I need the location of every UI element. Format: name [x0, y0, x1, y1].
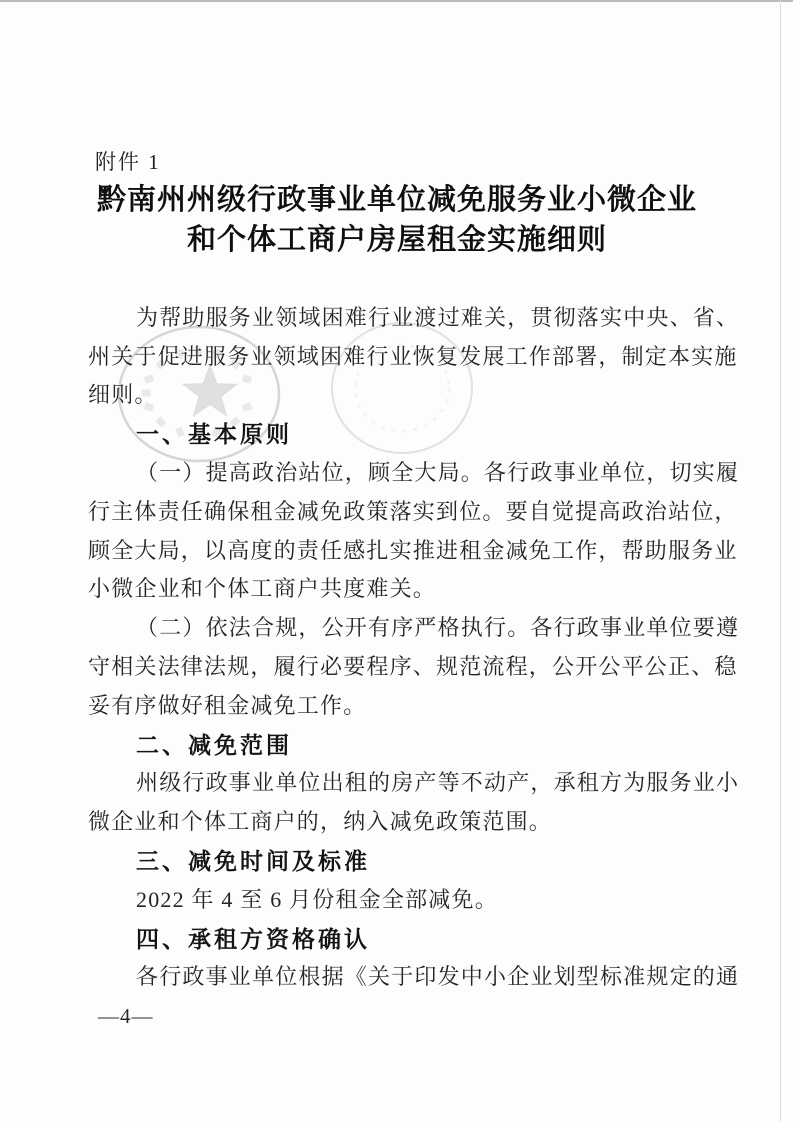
body-line: 小微企业和个体工商户共度难关。: [88, 569, 713, 608]
document-title: 黔南州州级行政事业单位减免服务业小微企业 和个体工商户房屋租金实施细则: [84, 180, 710, 260]
section-heading: 二、减免范围: [88, 724, 713, 763]
document-page: 附件 1 黔南州州级行政事业单位减免服务业小微企业 和个体工商户房屋租金实施细则…: [0, 0, 793, 1121]
scan-artifact-top-edge: [0, 0, 793, 2]
body-line: （二）依法合规，公开有序严格执行。各行政事业单位要遵: [88, 607, 713, 646]
body-line: 各行政事业单位根据《关于印发中小企业划型标准规定的通: [88, 957, 713, 996]
body-line: （一）提高政治站位，顾全大局。各行政事业单位，切实履: [88, 452, 713, 491]
body-line: 微企业和个体工商户的，纳入减免政策范围。: [88, 801, 713, 840]
body-line: 顾全大局，以高度的责任感扎实推进租金减免工作，帮助服务业: [88, 530, 713, 569]
body-line: 州关于促进服务业领域困难行业恢复发展工作部署，制定本实施: [88, 336, 713, 375]
section-heading: 三、减免时间及标准: [88, 840, 713, 879]
body-line: 守相关法律法规，履行必要程序、规范流程，公开公平公正、稳: [88, 646, 713, 685]
page-number: —4—: [98, 1004, 154, 1029]
title-line-2: 和个体工商户房屋租金实施细则: [84, 220, 710, 260]
section-heading: 一、基本原则: [88, 413, 713, 452]
body-line: 细则。: [88, 375, 713, 414]
body-line: 妥有序做好租金减免工作。: [88, 685, 713, 724]
body-line: 2022 年 4 至 6 月份租金全部减免。: [88, 879, 713, 918]
body-line: 为帮助服务业领域困难行业渡过难关，贯彻落实中央、省、: [88, 297, 713, 336]
body-line: 行主体责任确保租金减免政策落实到位。要自觉提高政治站位，: [88, 491, 713, 530]
document-body: 为帮助服务业领域困难行业渡过难关，贯彻落实中央、省、 州关于促进服务业领域困难行…: [88, 297, 713, 995]
scan-artifact-right-edge: [780, 0, 781, 1121]
attachment-label: 附件 1: [95, 146, 161, 176]
title-line-1: 黔南州州级行政事业单位减免服务业小微企业: [84, 180, 710, 220]
section-heading: 四、承租方资格确认: [88, 918, 713, 957]
body-line: 州级行政事业单位出租的房产等不动产，承租方为服务业小: [88, 763, 713, 802]
